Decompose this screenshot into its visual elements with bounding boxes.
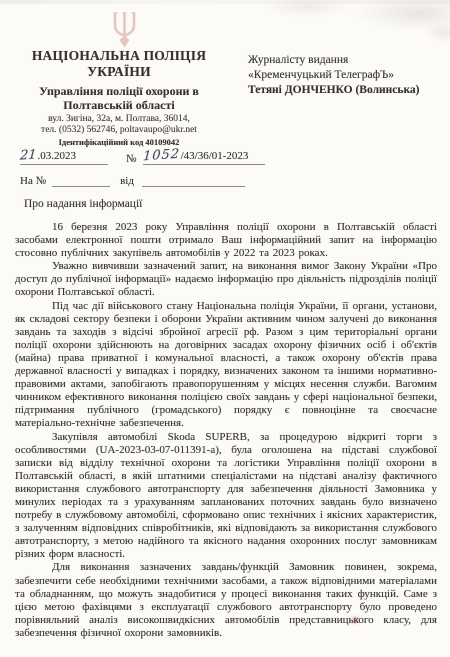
reply-reference-line: На №від <box>20 175 245 187</box>
body-paragraph-4: Закупівля автомобілі Skoda SUPERB, за пр… <box>15 431 437 562</box>
subject-line: Про надання інформації <box>24 198 142 210</box>
org-id-code: Ідентифікаційний код 40109042 <box>10 137 228 147</box>
outgoing-number: 1052/43/36/01-2023 <box>143 148 265 165</box>
handwritten-number: 1052 <box>142 147 180 165</box>
org-address: вул. Зигіна, 32а, м. Полтава, 36014, <box>10 114 228 125</box>
org-contact: тел. (0532) 562746, poltavaupo@ukr.net <box>10 125 228 136</box>
outgoing-date: 21.03.2023 <box>20 148 108 165</box>
org-dept-line2: Полтавській області <box>10 98 228 112</box>
printed-date-part: .03.2023 <box>38 150 77 162</box>
outgoing-reference-line: 21.03.2023№1052/43/36/01-2023 <box>20 148 265 165</box>
scanned-letter-page: НАЦІОНАЛЬНА ПОЛІЦІЯ УКРАЇНИ Управління п… <box>0 0 450 657</box>
ukraine-trident-icon <box>111 11 138 48</box>
org-dept-line1: Управління поліції охорони в <box>10 84 228 98</box>
handwritten-date-day: 21 <box>19 147 37 163</box>
body-paragraph-2: Уважно вивчивши зазначений запит, на вик… <box>15 260 437 299</box>
reply-date-label: від <box>120 175 134 187</box>
reply-date-blank <box>142 175 245 187</box>
org-name-line1: НАЦІОНАЛЬНА ПОЛІЦІЯ <box>10 48 228 64</box>
number-sign: № <box>126 153 137 165</box>
reply-number-blank <box>52 175 110 187</box>
recipient-publication: «Кременчуцький ТелеграфЪ» <box>248 68 446 83</box>
scan-artifact <box>0 0 450 4</box>
body-paragraph-1: 16 березня 2023 року Управління поліції … <box>15 221 437 260</box>
letter-body: 16 березня 2023 року Управління поліції … <box>15 221 437 640</box>
body-paragraph-3: Під час дії військового стану Національн… <box>15 300 437 431</box>
sender-letterhead: НАЦІОНАЛЬНА ПОЛІЦІЯ УКРАЇНИ Управління п… <box>10 48 228 147</box>
reply-number-label: На № <box>20 175 46 187</box>
recipient-role: Журналісту видання <box>248 53 446 68</box>
recipient-name: Тетяні ДОНЧЕНКО (Волинська) <box>248 83 446 98</box>
org-name-line2: УКРАЇНИ <box>10 64 228 80</box>
printed-number-part: /43/36/01-2023 <box>181 150 249 162</box>
recipient-block: Журналісту видання «Кременчуцький Телегр… <box>248 53 446 98</box>
body-paragraph-5: Для виконання зазначених завдань/функцій… <box>15 561 437 640</box>
